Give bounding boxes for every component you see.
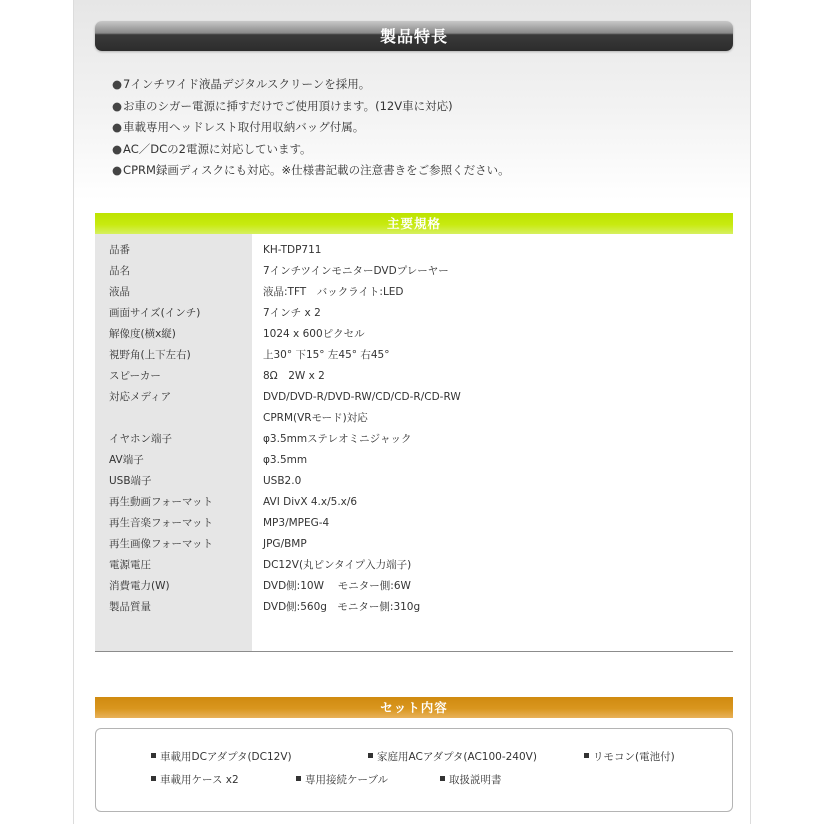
- spec-label: 再生画像フォーマット: [109, 534, 213, 555]
- table-row: AV端子φ3.5mm: [95, 450, 733, 471]
- spec-value: KH-TDP711: [263, 240, 321, 261]
- spec-label: 画面サイズ(インチ): [109, 303, 200, 324]
- list-item: 車載用ケース x2: [151, 773, 239, 787]
- specs-title-bar: 主要規格: [95, 213, 733, 234]
- list-item: 家庭用ACアダプタ(AC100-240V): [368, 750, 537, 764]
- list-item: 取扱説明書: [440, 773, 502, 787]
- spec-value: 上30° 下15° 左45° 右45°: [263, 345, 389, 366]
- spec-label: 製品質量: [109, 597, 151, 618]
- feature-item: ●車載専用ヘッドレスト取付用収納バッグ付属。: [112, 117, 510, 139]
- spec-value: AVI DivX 4.x/5.x/6: [263, 492, 357, 513]
- square-bullet-icon: [296, 776, 301, 781]
- spec-value: φ3.5mmステレオミニジャック: [263, 429, 411, 450]
- table-row: 対応メディアDVD/DVD-R/DVD-RW/CD/CD-R/CD-RW: [95, 387, 733, 408]
- feature-item: ●お車のシガー電源に挿すだけでご使用頂けます。(12V車に対応): [112, 96, 510, 118]
- table-row: 液晶液晶:TFT バックライト:LED: [95, 282, 733, 303]
- spec-value: CPRM(VRモード)対応: [263, 408, 368, 429]
- spec-label: 電源電圧: [109, 555, 151, 576]
- spec-label: 液晶: [109, 282, 130, 303]
- spec-label: AV端子: [109, 450, 144, 471]
- table-row: 再生音楽フォーマットMP3/MPEG-4: [95, 513, 733, 534]
- features-title-bar: 製品特長: [95, 21, 733, 51]
- square-bullet-icon: [440, 776, 445, 781]
- set-contents-title: セット内容: [380, 700, 448, 715]
- specs-title: 主要規格: [387, 216, 441, 231]
- set-contents-title-bar: セット内容: [95, 697, 733, 718]
- spec-label: 品名: [109, 261, 130, 282]
- spec-value: DC12V(丸ピンタイプ入力端子): [263, 555, 411, 576]
- feature-item: ●AC／DCの2電源に対応しています。: [112, 139, 510, 161]
- features-list: ●7インチワイド液晶デジタルスクリーンを採用。 ●お車のシガー電源に挿すだけでご…: [112, 74, 510, 182]
- list-item: リモコン(電池付): [584, 750, 675, 764]
- table-row: CPRM(VRモード)対応: [95, 408, 733, 429]
- spec-value: 8Ω 2W x 2: [263, 366, 325, 387]
- square-bullet-icon: [151, 776, 156, 781]
- table-row: 視野角(上下左右)上30° 下15° 左45° 右45°: [95, 345, 733, 366]
- spec-value: 7インチ x 2: [263, 303, 321, 324]
- table-row: 電源電圧DC12V(丸ピンタイプ入力端子): [95, 555, 733, 576]
- spec-value: USB2.0: [263, 471, 301, 492]
- bullet-icon: ●: [112, 99, 122, 113]
- table-row: 解像度(横x縦)1024 x 600ピクセル: [95, 324, 733, 345]
- square-bullet-icon: [151, 753, 156, 758]
- feature-item: ●CPRM録画ディスクにも対応。※仕様書記載の注意書きをご参照ください。: [112, 160, 510, 182]
- table-row: 再生画像フォーマットJPG/BMP: [95, 534, 733, 555]
- table-row: イヤホン端子φ3.5mmステレオミニジャック: [95, 429, 733, 450]
- specs-table: 品番KH-TDP711 品名7インチツインモニターDVDプレーヤー 液晶液晶:T…: [95, 234, 733, 652]
- table-row: 品名7インチツインモニターDVDプレーヤー: [95, 261, 733, 282]
- bullet-icon: ●: [112, 120, 122, 134]
- table-row: 製品質量DVD側:560g モニター側:310g: [95, 597, 733, 618]
- spec-value: 7インチツインモニターDVDプレーヤー: [263, 261, 449, 282]
- list-item: 車載用DCアダプタ(DC12V): [151, 750, 292, 764]
- spec-value: φ3.5mm: [263, 450, 307, 471]
- square-bullet-icon: [584, 753, 589, 758]
- table-row: 画面サイズ(インチ)7インチ x 2: [95, 303, 733, 324]
- spec-label: 品番: [109, 240, 130, 261]
- spec-value: MP3/MPEG-4: [263, 513, 329, 534]
- features-title: 製品特長: [380, 27, 448, 46]
- square-bullet-icon: [368, 753, 373, 758]
- spec-label: 視野角(上下左右): [109, 345, 191, 366]
- set-contents-box: 車載用DCアダプタ(DC12V) 家庭用ACアダプタ(AC100-240V) リ…: [95, 728, 733, 812]
- spec-value: JPG/BMP: [263, 534, 307, 555]
- spec-value: 1024 x 600ピクセル: [263, 324, 365, 345]
- list-item: 専用接続ケーブル: [296, 773, 388, 787]
- spec-label: 解像度(横x縦): [109, 324, 176, 345]
- spec-label: 消費電力(W): [109, 576, 170, 597]
- table-row: USB端子USB2.0: [95, 471, 733, 492]
- spec-value: DVD側:10W モニター側:6W: [263, 576, 411, 597]
- spec-label: スピーカー: [109, 366, 161, 387]
- feature-item: ●7インチワイド液晶デジタルスクリーンを採用。: [112, 74, 510, 96]
- spec-value: 液晶:TFT バックライト:LED: [263, 282, 404, 303]
- bullet-icon: ●: [112, 163, 122, 177]
- table-row: スピーカー8Ω 2W x 2: [95, 366, 733, 387]
- table-row: 再生動画フォーマットAVI DivX 4.x/5.x/6: [95, 492, 733, 513]
- bullet-icon: ●: [112, 77, 122, 91]
- spec-label: イヤホン端子: [109, 429, 172, 450]
- table-row: 消費電力(W)DVD側:10W モニター側:6W: [95, 576, 733, 597]
- spec-label: 再生動画フォーマット: [109, 492, 213, 513]
- spec-label: USB端子: [109, 471, 152, 492]
- table-row: 品番KH-TDP711: [95, 240, 733, 261]
- spec-value: DVD/DVD-R/DVD-RW/CD/CD-R/CD-RW: [263, 387, 461, 408]
- spec-label: 対応メディア: [109, 387, 171, 408]
- spec-label: 再生音楽フォーマット: [109, 513, 213, 534]
- spec-value: DVD側:560g モニター側:310g: [263, 597, 420, 618]
- bullet-icon: ●: [112, 142, 122, 156]
